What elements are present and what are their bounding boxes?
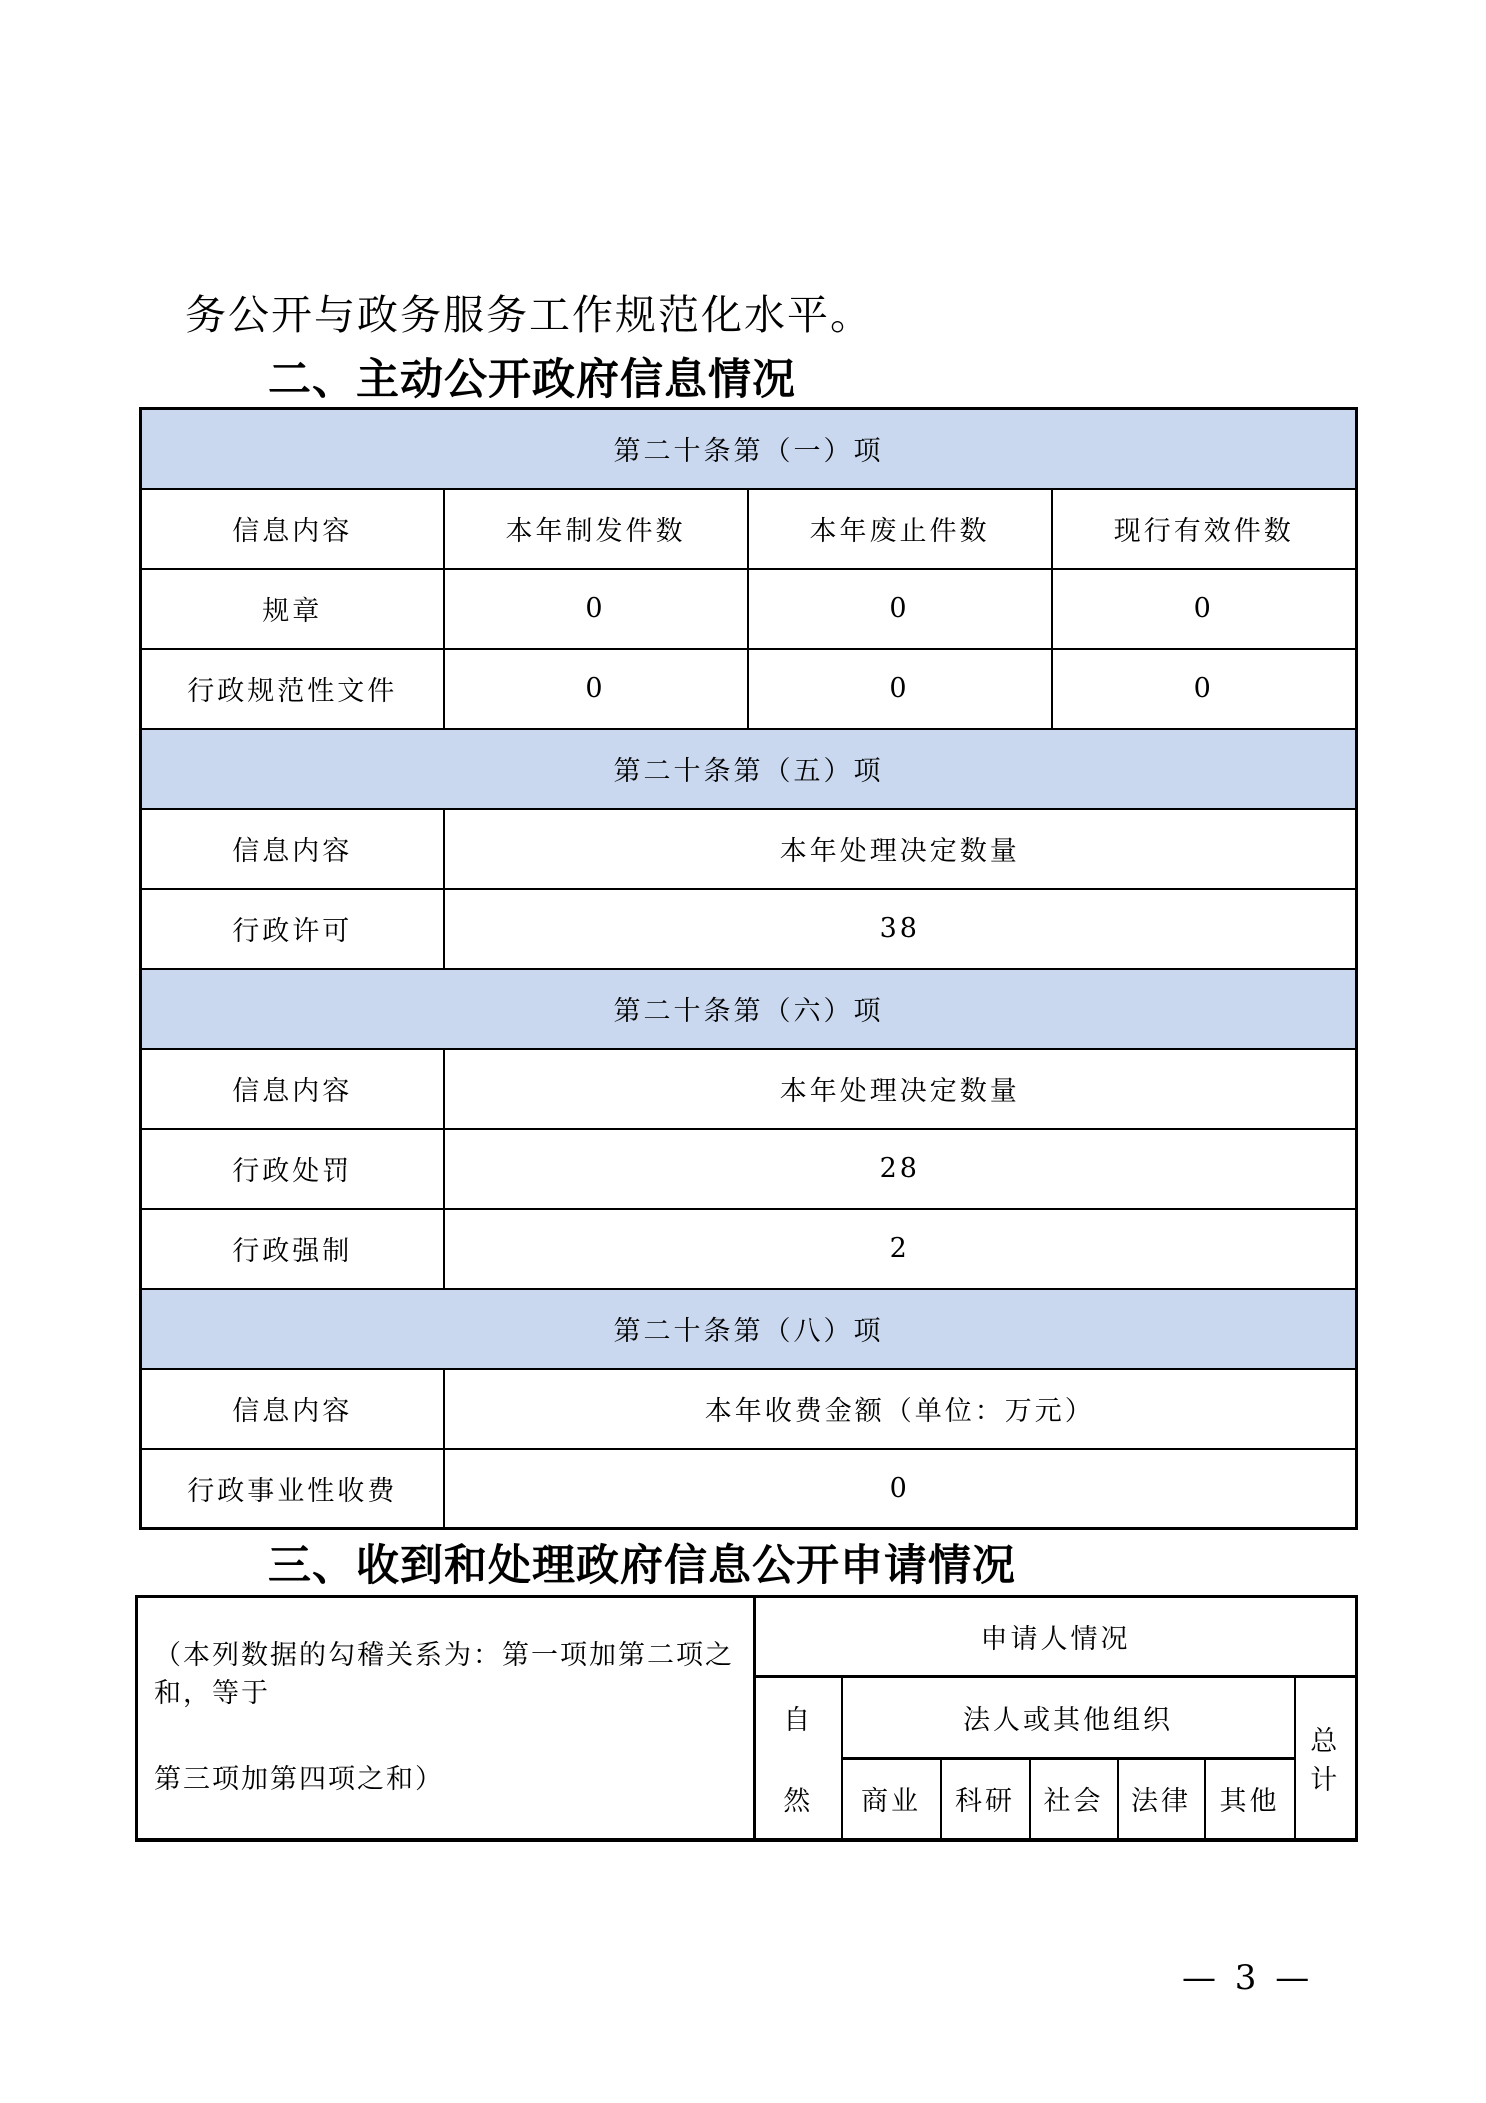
value-cell: 0: [748, 569, 1052, 649]
value-cell: 0: [444, 1449, 1357, 1529]
applicant-header-cell: 申请人情况: [755, 1597, 1357, 1677]
legal-org-subcolumn-cell: 其他: [1205, 1758, 1295, 1840]
column-header-cell: 本年废止件数: [748, 489, 1052, 569]
value-cell: 2: [444, 1209, 1357, 1289]
table-row: 行政事业性收费 0: [141, 1449, 1357, 1529]
table-row: 行政许可 38: [141, 889, 1357, 969]
table-row: 信息内容 本年处理决定数量: [141, 809, 1357, 889]
row-label-cell: 行政强制: [141, 1209, 444, 1289]
table-row: （本列数据的勾稽关系为：第一项加第二项之和，等于 第三项加第四项之和） 申请人情…: [137, 1597, 1357, 1677]
note-line-1: （本列数据的勾稽关系为：第一项加第二项之和，等于: [154, 1637, 745, 1713]
note-cell: （本列数据的勾稽关系为：第一项加第二项之和，等于 第三项加第四项之和）: [137, 1597, 755, 1841]
table-row: 规章 0 0 0: [141, 569, 1357, 649]
column-header-cell: 信息内容: [141, 1049, 444, 1129]
row-label-cell: 规章: [141, 569, 444, 649]
value-cell: 0: [1052, 569, 1357, 649]
page-number: — 3 —: [1182, 1958, 1313, 1998]
natural-person-text: 自 然: [756, 1678, 841, 1838]
note-line-2: 第三项加第四项之和）: [154, 1761, 745, 1799]
section3-heading: 三、收到和处理政府信息公开申请情况: [268, 1532, 1016, 1593]
document-page: 务公开与政务服务工作规范化水平。 二、主动公开政府信息情况 第二十条第（一）项 …: [0, 0, 1486, 2103]
legal-org-subcolumn-cell: 社会: [1030, 1758, 1118, 1840]
natural-char-2: 然: [783, 1779, 813, 1818]
total-cell: 总计: [1295, 1677, 1357, 1841]
table-row: 第二十条第（八）项: [141, 1289, 1357, 1369]
column-header-cell: 信息内容: [141, 489, 444, 569]
row-label-cell: 行政处罚: [141, 1129, 444, 1209]
note-text: （本列数据的勾稽关系为：第一项加第二项之和，等于 第三项加第四项之和）: [138, 1598, 753, 1838]
column-header-cell: 本年处理决定数量: [444, 1049, 1357, 1129]
table-row: 第二十条第（六）项: [141, 969, 1357, 1049]
column-header-cell: 信息内容: [141, 1369, 444, 1449]
column-header-cell: 信息内容: [141, 809, 444, 889]
section-band-item1: 第二十条第（一）项: [141, 409, 1357, 489]
table-row: 行政强制 2: [141, 1209, 1357, 1289]
section-band-item5: 第二十条第（五）项: [141, 729, 1357, 809]
natural-person-cell: 自 然: [755, 1677, 842, 1841]
legal-org-subcolumn-cell: 商业: [842, 1758, 941, 1840]
value-cell: 28: [444, 1129, 1357, 1209]
row-label-cell: 行政规范性文件: [141, 649, 444, 729]
table-row: 信息内容 本年处理决定数量: [141, 1049, 1357, 1129]
natural-char-1: 自: [783, 1698, 813, 1737]
value-cell: 38: [444, 889, 1357, 969]
section2-heading: 二、主动公开政府信息情况: [268, 346, 796, 407]
column-header-cell: 本年收费金额（单位：万元）: [444, 1369, 1357, 1449]
section-band-item6: 第二十条第（六）项: [141, 969, 1357, 1049]
row-label-cell: 行政事业性收费: [141, 1449, 444, 1529]
value-cell: 0: [748, 649, 1052, 729]
value-cell: 0: [1052, 649, 1357, 729]
row-label-cell: 行政许可: [141, 889, 444, 969]
table-row: 行政规范性文件 0 0 0: [141, 649, 1357, 729]
column-header-cell: 本年制发件数: [444, 489, 748, 569]
section-band-item8: 第二十条第（八）项: [141, 1289, 1357, 1369]
table-row: 第二十条第（五）项: [141, 729, 1357, 809]
value-cell: 0: [444, 569, 748, 649]
legal-org-header-cell: 法人或其他组织: [842, 1677, 1295, 1759]
column-header-cell: 现行有效件数: [1052, 489, 1357, 569]
requests-table: （本列数据的勾稽关系为：第一项加第二项之和，等于 第三项加第四项之和） 申请人情…: [135, 1595, 1358, 1842]
table-row: 信息内容 本年制发件数 本年废止件数 现行有效件数: [141, 489, 1357, 569]
legal-org-subcolumn-cell: 科研: [941, 1758, 1030, 1840]
table-row: 第二十条第（一）项: [141, 409, 1357, 489]
value-cell: 0: [444, 649, 748, 729]
legal-org-subcolumn-cell: 法律: [1118, 1758, 1205, 1840]
body-text-line: 务公开与政务服务工作规范化水平。: [185, 282, 873, 341]
table-row: 信息内容 本年收费金额（单位：万元）: [141, 1369, 1357, 1449]
active-disclosure-table: 第二十条第（一）项 信息内容 本年制发件数 本年废止件数 现行有效件数 规章 0…: [139, 407, 1358, 1530]
table-row: 行政处罚 28: [141, 1129, 1357, 1209]
column-header-cell: 本年处理决定数量: [444, 809, 1357, 889]
